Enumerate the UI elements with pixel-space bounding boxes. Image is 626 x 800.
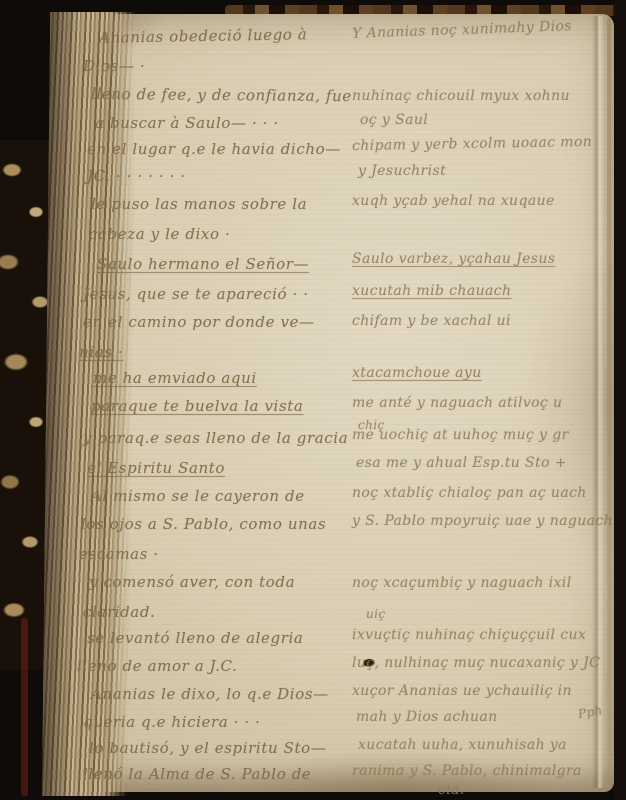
manuscript-line: nias ·: [79, 343, 123, 361]
manuscript-line: noç xtabliç chialoç pan aç uach: [352, 485, 587, 501]
manuscript-line: Ananias le dixo, lo q.e Dios—: [91, 685, 329, 703]
manuscript-line: oç y Saul: [360, 112, 428, 128]
manuscript-line: los ojos a S. Pablo, como unas: [81, 515, 326, 533]
manuscript-line: le puso las manos sobre la: [91, 195, 307, 213]
manuscript-line: Saulo varbez, yçahau Jesus: [352, 251, 555, 267]
manuscript-line: Jesus, que se te apareció · ·: [83, 285, 309, 303]
manuscript-line: a buscar à Saulo— · · ·: [95, 114, 279, 132]
manuscript-line: se levantó lleno de alegria: [87, 629, 303, 647]
manuscript-line: xuçor Ananias ue ychauiliç in: [352, 683, 572, 699]
manuscript-line: ranima y S. Pablo, chinimalgra: [352, 763, 582, 779]
manuscript-line: y comensó aver, con toda: [89, 573, 295, 591]
manuscript-line: chipam y yerb xcolm uoaac mon: [352, 134, 592, 154]
manuscript-line: Pph: [577, 703, 604, 721]
text-lines: Ananias obedeció luego àY Ananias noç xu…: [0, 0, 626, 800]
manuscript-line: cia.: [438, 782, 465, 798]
manuscript-line: Al mismo se le cayeron de: [91, 487, 305, 505]
manuscript-line: y paraq.e seas lleno de la gracia: [83, 429, 348, 447]
manuscript-line: JC. · · · · · · ·: [87, 167, 186, 185]
manuscript-line: me anté y naguach atilvoç u: [352, 395, 562, 411]
manuscript-line: y Jesuchrist: [358, 163, 446, 179]
manuscript-line: Saulo hermano el Señor—: [97, 255, 309, 273]
manuscript-photo: Ananias obedeció luego àY Ananias noç xu…: [0, 0, 626, 800]
manuscript-line: lleno de fee, y de confianza, fue: [91, 85, 352, 105]
manuscript-line: escamas ·: [79, 545, 159, 563]
manuscript-line: lo bautisó, y el espiritu Sto—: [89, 739, 326, 757]
manuscript-line: Ananias obedeció luego à: [99, 25, 308, 47]
manuscript-line: mah y Dios achuan: [356, 709, 498, 725]
manuscript-line: me uochiç at uuhoç muç y gr: [352, 427, 569, 443]
manuscript-line: nuhinaç chicouil myux xohnu: [352, 88, 570, 104]
manuscript-line: noç xcaçumbiç y naguach ixil: [352, 575, 572, 591]
manuscript-line: uiç: [366, 607, 386, 621]
manuscript-line: Dios— ·: [83, 57, 145, 75]
manuscript-line: xuqh yçab yehal na xuqaue: [352, 193, 555, 209]
manuscript-line: esa me y ahual Esp.tu Sto +: [356, 455, 567, 471]
manuscript-line: Y Ananias noç xunimahy Dios: [352, 18, 572, 42]
manuscript-line: luç, nulhinaç muç nucaxaniç y JC: [352, 655, 600, 671]
manuscript-line: xtacamchoue ayu: [352, 365, 482, 381]
manuscript-line: chifam y be xachal ui: [352, 313, 511, 329]
manuscript-line: xucatah uuha, xunuhisah ya: [358, 737, 567, 753]
manuscript-line: y S. Pablo mpoyruiç uae y naguach: [352, 513, 613, 529]
manuscript-line: cabeza y le dixo ·: [89, 225, 230, 243]
manuscript-line: claridad.: [83, 603, 155, 621]
manuscript-line: en el lugar q.e le havia dicho—: [87, 140, 341, 158]
manuscript-line: me ha emviado aqui: [93, 369, 257, 387]
manuscript-line: lleno de amor a J.C.: [77, 657, 237, 675]
manuscript-line: queria q.e hiciera · · ·: [83, 713, 261, 731]
manuscript-line: el Espiritu Santo: [87, 459, 225, 477]
manuscript-line: en el camino por donde ve—: [83, 313, 315, 331]
manuscript-line: paraque te buelva la vista: [91, 397, 303, 415]
manuscript-line: llenó la Alma de S. Pablo de: [83, 765, 311, 783]
manuscript-line: xucutah mib chauach: [352, 283, 511, 299]
manuscript-line: ixvuçtiç nuhinaç chiçuççuil cux: [352, 627, 586, 643]
